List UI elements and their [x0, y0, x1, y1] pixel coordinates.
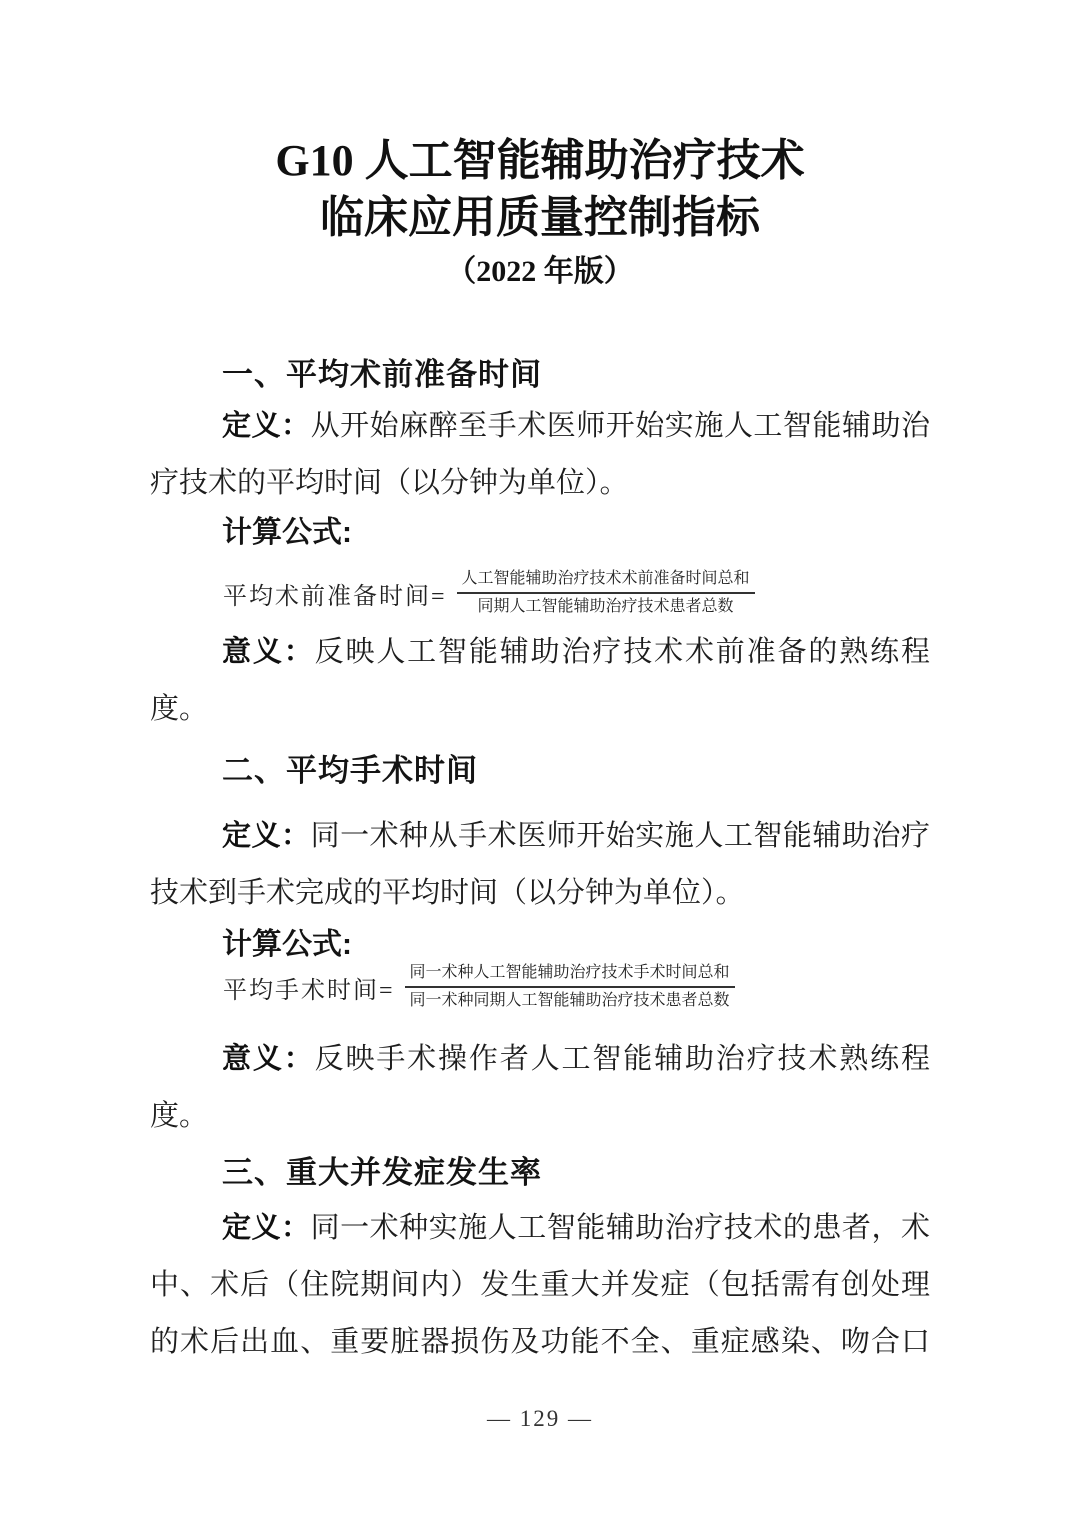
section-3-heading: 三、重大并发症发生率: [222, 1144, 542, 1201]
document-page: G10 人工智能辅助治疗技术 临床应用质量控制指标 （2022 年版） 一、平均…: [0, 0, 1080, 1526]
section-1-heading: 一、平均术前准备时间: [222, 346, 542, 403]
definition-text: 同一术种从手术医师开始实施人工智能辅助治疗: [311, 820, 930, 852]
formula-denominator: 同一术种同期人工智能辅助治疗技术患者总数: [405, 988, 735, 1012]
significance-line: 意义：反映人工智能辅助治疗技术术前准备的熟练程: [150, 624, 930, 681]
definition-text: 的术后出血、重要脏器损伤及功能不全、重症感染、吻合口: [150, 1314, 930, 1371]
significance-label: 意义：: [222, 636, 315, 668]
section-2-heading: 二、平均手术时间: [222, 742, 478, 799]
definition-line: 定义：从开始麻醉至手术医师开始实施人工智能辅助治: [150, 398, 930, 455]
section-1-formula-label: 计算公式:: [222, 504, 352, 561]
formula-numerator: 同一术种人工智能辅助治疗技术手术时间总和: [405, 962, 735, 988]
document-title: G10 人工智能辅助治疗技术 临床应用质量控制指标: [0, 132, 1080, 246]
definition-text: 技术到手术完成的平均时间（以分钟为单位）。: [150, 865, 930, 922]
definition-text: 中、术后（住院期间内）发生重大并发症（包括需有创处理: [150, 1257, 930, 1314]
significance-text: 度。: [150, 681, 930, 738]
formula-denominator: 同期人工智能辅助治疗技术患者总数: [457, 594, 755, 618]
section-1-definition-paragraph: 定义：从开始麻醉至手术医师开始实施人工智能辅助治 疗技术的平均时间（以分钟为单位…: [150, 398, 930, 512]
page-number: — 129 —: [0, 1406, 1080, 1432]
section-2-formula: 平均手术时间= 同一术种人工智能辅助治疗技术手术时间总和 同一术种同期人工智能辅…: [223, 962, 735, 1012]
significance-text: 度。: [150, 1088, 930, 1145]
significance-text: 反映手术操作者人工智能辅助治疗技术熟练程: [315, 1043, 930, 1075]
definition-text: 同一术种实施人工智能辅助治疗技术的患者，术: [311, 1212, 930, 1244]
section-2-significance-paragraph: 意义：反映手术操作者人工智能辅助治疗技术熟练程 度。: [150, 1031, 930, 1145]
definition-line: 定义：同一术种从手术医师开始实施人工智能辅助治疗: [150, 808, 930, 865]
significance-line: 意义：反映手术操作者人工智能辅助治疗技术熟练程: [150, 1031, 930, 1088]
formula-lhs: 平均手术时间=: [223, 970, 395, 1005]
definition-label: 定义：: [222, 410, 311, 442]
section-2-definition-paragraph: 定义：同一术种从手术医师开始实施人工智能辅助治疗 技术到手术完成的平均时间（以分…: [150, 808, 930, 922]
section-3-definition-paragraph: 定义：同一术种实施人工智能辅助治疗技术的患者，术 中、术后（住院期间内）发生重大…: [150, 1200, 930, 1371]
formula-lhs: 平均术前准备时间=: [223, 576, 447, 611]
formula-numerator: 人工智能辅助治疗技术术前准备时间总和: [457, 568, 755, 594]
definition-label: 定义：: [222, 1212, 311, 1244]
significance-text: 反映人工智能辅助治疗技术术前准备的熟练程: [315, 636, 930, 668]
section-1-significance-paragraph: 意义：反映人工智能辅助治疗技术术前准备的熟练程 度。: [150, 624, 930, 738]
title-line-2: 临床应用质量控制指标: [0, 189, 1080, 246]
significance-label: 意义：: [222, 1043, 315, 1075]
edition-label: （2022 年版）: [0, 250, 1080, 294]
section-1-formula: 平均术前准备时间= 人工智能辅助治疗技术术前准备时间总和 同期人工智能辅助治疗技…: [223, 568, 755, 618]
definition-label: 定义：: [222, 820, 311, 852]
title-line-1: G10 人工智能辅助治疗技术: [0, 132, 1080, 189]
formula-fraction: 人工智能辅助治疗技术术前准备时间总和 同期人工智能辅助治疗技术患者总数: [457, 568, 755, 618]
definition-text: 从开始麻醉至手术医师开始实施人工智能辅助治: [311, 410, 930, 442]
definition-line: 定义：同一术种实施人工智能辅助治疗技术的患者，术: [150, 1200, 930, 1257]
formula-fraction: 同一术种人工智能辅助治疗技术手术时间总和 同一术种同期人工智能辅助治疗技术患者总…: [405, 962, 735, 1012]
